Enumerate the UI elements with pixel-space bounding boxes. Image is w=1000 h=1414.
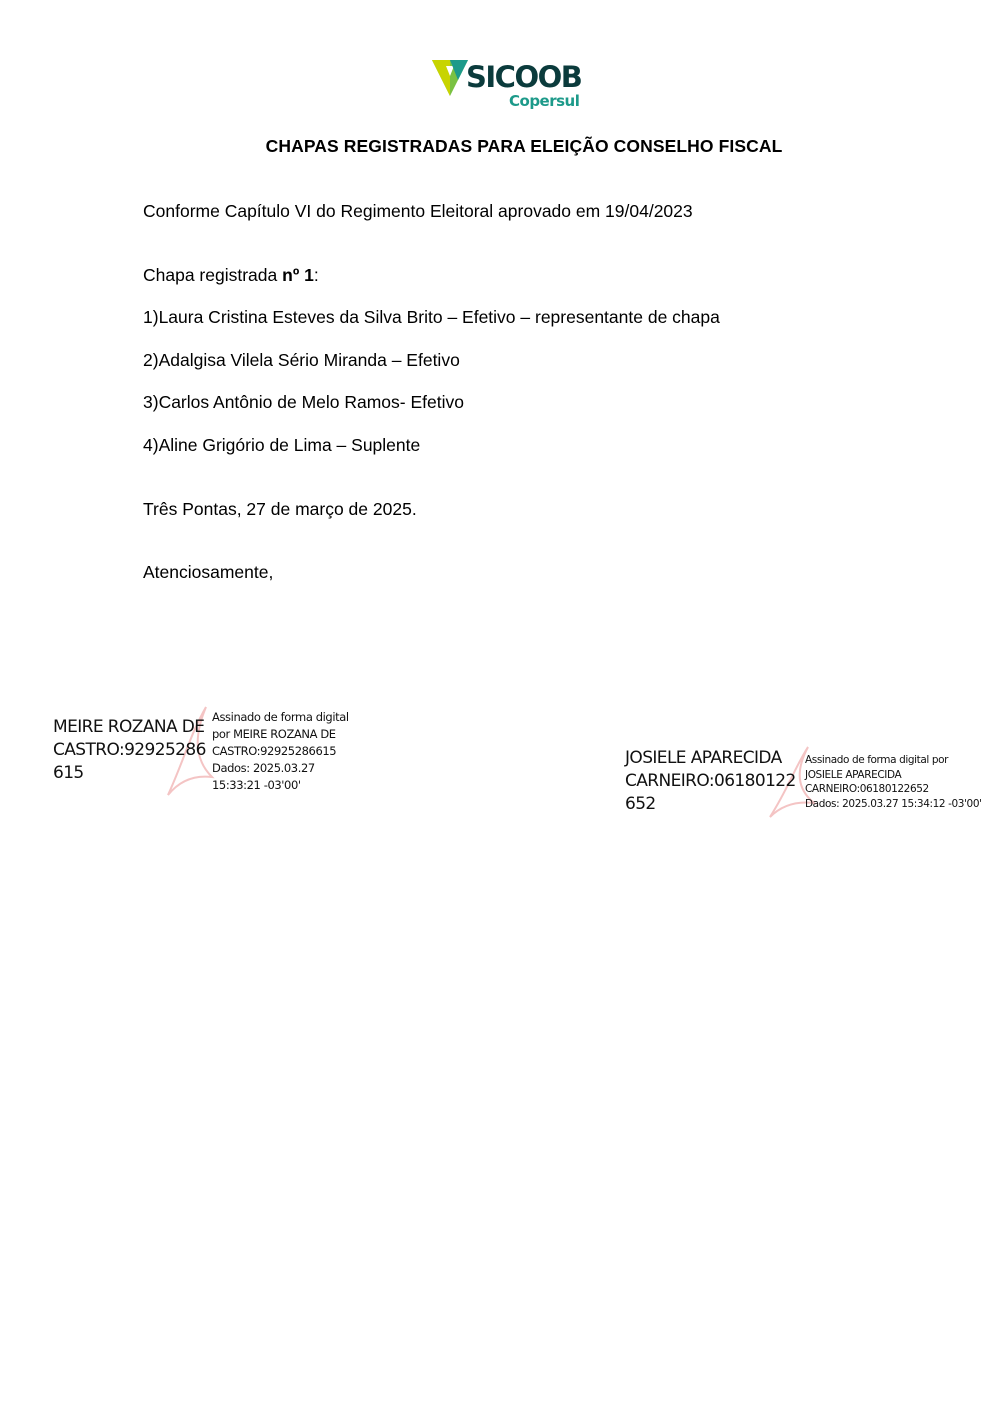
chapa-label-suffix: : [314,265,319,285]
signer-name: JOSIELE APARECIDA CARNEIRO:06180122 652 [625,747,796,816]
member-text: Carlos Antônio de Melo Ramos- Efetivo [159,392,464,412]
closing-text: Atenciosamente, [143,561,273,583]
signature-details: Assinado de forma digital por MEIRE ROZA… [212,709,349,794]
chapa-number: nº 1 [282,265,314,285]
logo-brand-text: SICOOB [466,58,581,96]
member-number: 3) [143,392,159,412]
member-number: 2) [143,350,159,370]
place-date: Três Pontas, 27 de março de 2025. [143,498,417,520]
signature-details: Assinado de forma digital por JOSIELE AP… [805,753,982,811]
signer-name: MEIRE ROZANA DE CASTRO:92925286 615 [53,716,206,785]
document-title: CHAPAS REGISTRADAS PARA ELEIÇÃO CONSELHO… [0,136,1000,157]
member-item: 1)Laura Cristina Esteves da Silva Brito … [143,306,720,328]
chapa-label-prefix: Chapa registrada [143,265,282,285]
member-item: 3)Carlos Antônio de Melo Ramos- Efetivo [143,391,464,413]
member-item: 4)Aline Grigório de Lima – Suplente [143,434,420,456]
member-text: Adalgisa Vilela Sério Miranda – Efetivo [159,350,460,370]
member-number: 4) [143,435,159,455]
sicoob-logo: SICOOB Copersul [432,58,572,114]
chapa-label: Chapa registrada nº 1: [143,264,319,286]
sicoob-logo-icon [432,60,468,98]
intro-paragraph: Conforme Capítulo VI do Regimento Eleito… [143,200,693,222]
member-item: 2)Adalgisa Vilela Sério Miranda – Efetiv… [143,349,460,371]
logo-subbrand-text: Copersul [509,92,579,110]
member-number: 1) [143,307,159,327]
member-text: Aline Grigório de Lima – Suplente [159,435,421,455]
member-text: Laura Cristina Esteves da Silva Brito – … [159,307,720,327]
